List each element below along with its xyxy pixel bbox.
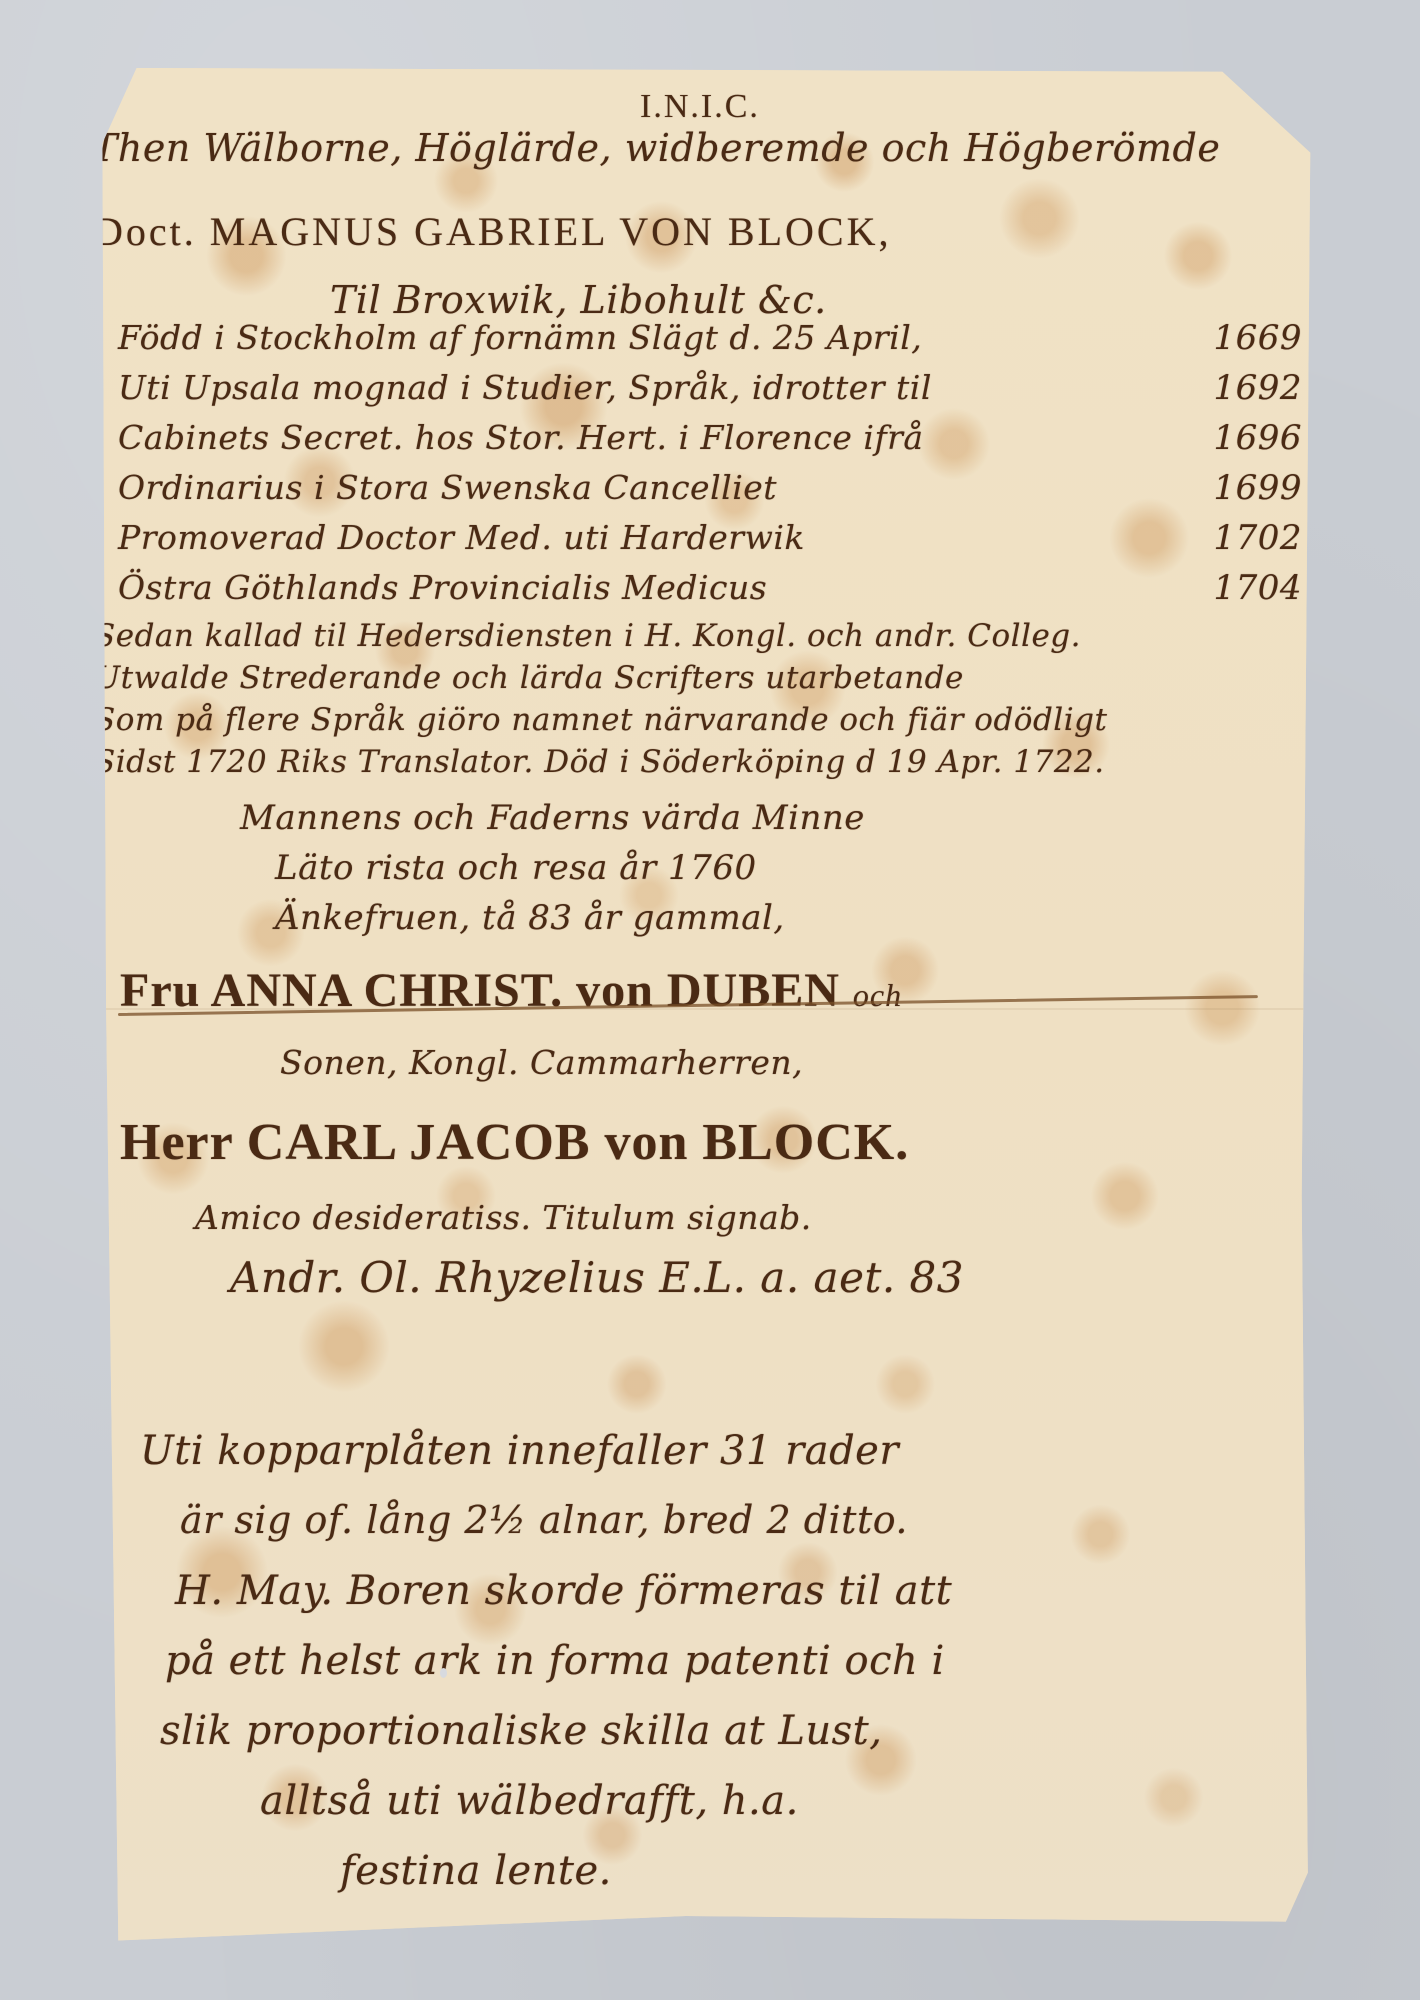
postscript-line: H. May. Boren skorde förmeras til att (175, 1568, 952, 1614)
postscript-line: slik proportionaliske skilla at Lust, (160, 1708, 882, 1754)
salutation: Then Wälborne, Höglärde, widberemde och … (92, 126, 1220, 170)
son-title-line: Sonen, Kongl. Cammarherren, (280, 1043, 803, 1082)
postscript-line: på ett helst ark in forma patenti och i (165, 1638, 945, 1684)
widow-conjunction: och (853, 977, 902, 1013)
career-text: Uti Upsala mognad i Studier, Språk, idro… (118, 368, 932, 407)
subject-estates: Til Broxwik, Libohult &c. (330, 278, 827, 322)
dedication-line: Läto rista och resa år 1760 (275, 848, 757, 888)
career-year: 1702 (1213, 518, 1302, 558)
biography-line: Sidst 1720 Riks Translator. Död i Söderk… (94, 744, 1105, 780)
latin-dedication: Amico desideratiss. Titulum signab. (195, 1198, 812, 1237)
biography-line: Utwalde Strederande och lärda Scrifters … (94, 660, 964, 696)
career-row: Ordinarius i Stora Swenska Cancelliet 16… (118, 468, 1302, 518)
subject-name: Doct. MAGNUS GABRIEL VON BLOCK, (94, 208, 891, 255)
monogram: I.N.I.C. (640, 88, 760, 126)
career-year: 1704 (1213, 568, 1302, 608)
career-year: 1696 (1213, 418, 1302, 458)
biography-line: Sedan kallad til Hedersdiensten i H. Kon… (94, 618, 1081, 654)
career-text: Östra Göthlands Provincialis Medicus (118, 568, 767, 607)
pinhole (440, 1668, 447, 1678)
career-row: Promoverad Doctor Med. uti Harderwik 170… (118, 518, 1302, 568)
career-text: Ordinarius i Stora Swenska Cancelliet (118, 468, 777, 507)
career-row: Cabinets Secret. hos Stor. Hert. i Flore… (118, 418, 1302, 468)
career-year: 1669 (1213, 318, 1302, 358)
postscript-line: är sig of. lång 2½ alnar, bred 2 ditto. (180, 1498, 908, 1542)
career-text: Cabinets Secret. hos Stor. Hert. i Flore… (118, 418, 924, 457)
son-name: Herr CARL JACOB von BLOCK. (120, 1113, 909, 1172)
career-row: Östra Göthlands Provincialis Medicus 170… (118, 568, 1302, 618)
career-text: Född i Stockholm af fornämn Slägt d. 25 … (118, 318, 922, 357)
biography-line: Som på flere Språk giöro namnet närvaran… (94, 702, 1107, 738)
career-text: Promoverad Doctor Med. uti Harderwik (118, 518, 805, 557)
career-row: Uti Upsala mognad i Studier, Språk, idro… (118, 368, 1302, 418)
postscript-line: festina lente. (340, 1848, 612, 1894)
dedication-line: Änkefruen, tå 83 år gammal, (275, 898, 785, 938)
career-year: 1692 (1213, 368, 1302, 408)
author-signature: Andr. Ol. Rhyzelius E.L. a. aet. 83 (230, 1253, 964, 1302)
dedication-line: Mannens och Faderns värda Minne (240, 798, 865, 838)
manuscript-page: I.N.I.C. Then Wälborne, Höglärde, widber… (100, 68, 1320, 1948)
career-row: Född i Stockholm af fornämn Slägt d. 25 … (118, 318, 1302, 368)
postscript-line: Uti kopparplåten innefaller 31 rader (140, 1428, 899, 1474)
postscript-line: alltså uti wälbedrafft, h.a. (260, 1778, 799, 1824)
career-year: 1699 (1213, 468, 1302, 508)
